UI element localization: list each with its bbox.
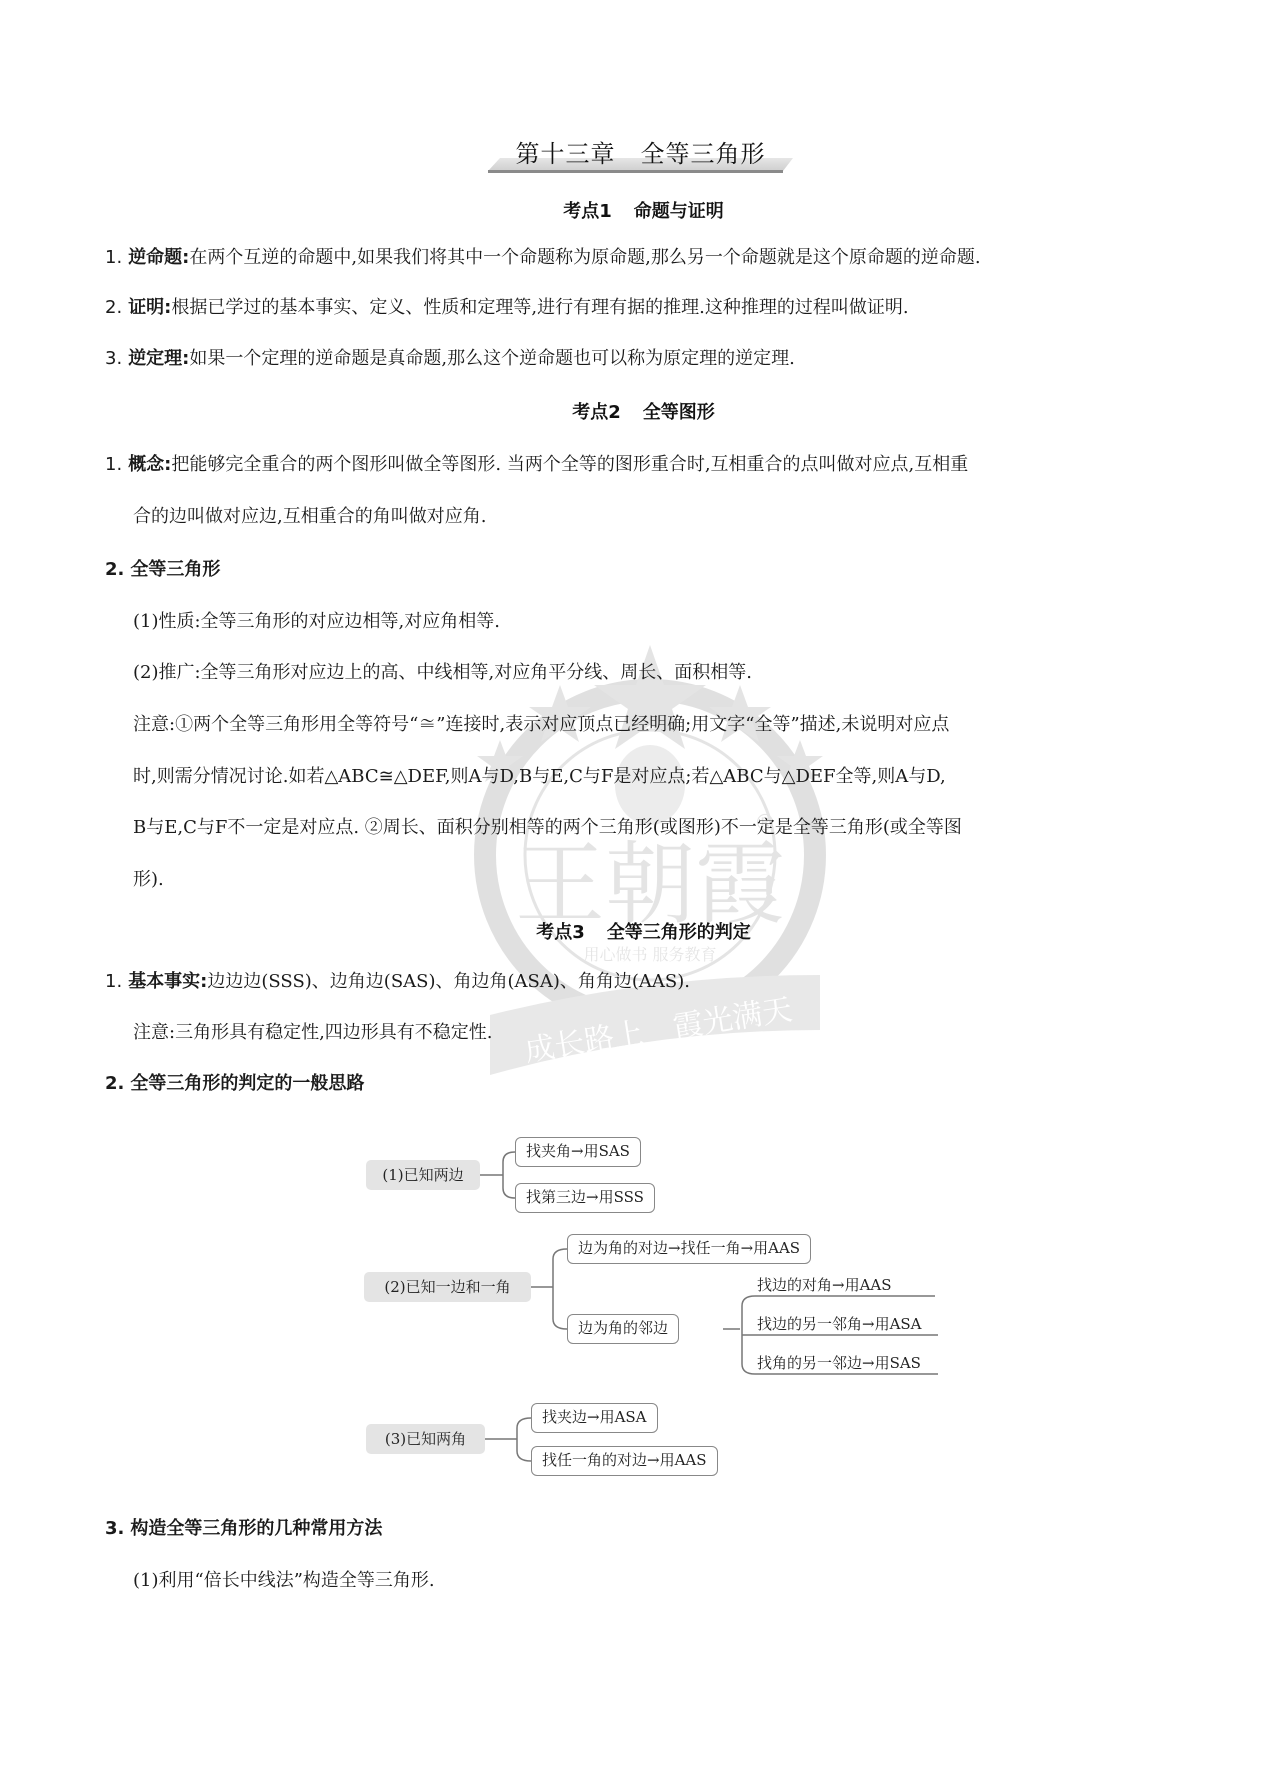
- node-side-opposite-angle-aas: 边为角的对边→找任一角→用AAS: [567, 1234, 811, 1264]
- chapter-title: 第十三章 全等三角形: [488, 134, 793, 169]
- median-doubling-method: (1)利用“倍长中线法”构造全等三角形.: [133, 1566, 435, 1592]
- node-find-opposite-angle-aas: 找边的对角→用AAS: [757, 1274, 892, 1295]
- node-find-included-side-asa: 找夹边→用ASA: [531, 1403, 658, 1433]
- node-side-adjacent-angle: 边为角的邻边: [567, 1314, 679, 1344]
- node-find-included-angle-sas: 找夹角→用SAS: [515, 1137, 641, 1167]
- node-one-side-one-angle-known: (2)已知一边和一角: [364, 1272, 531, 1302]
- construct-methods-heading: 3.构造全等三角形的几种常用方法: [105, 1514, 382, 1540]
- node-find-other-adjacent-angle-asa: 找边的另一邻角→用ASA: [757, 1313, 922, 1334]
- node-find-other-adjacent-side-sas: 找角的另一邻边→用SAS: [757, 1352, 921, 1373]
- node-two-sides-known: (1)已知两边: [366, 1160, 480, 1190]
- chapter-title-banner: 第十三章 全等三角形: [488, 130, 793, 174]
- node-find-opposite-side-aas: 找任一角的对边→用AAS: [531, 1446, 718, 1476]
- document-page: 王朝霞 ® 用心做书 服务教育 成长路上 霞光满天 第十三章 全等三角形 考点1…: [0, 0, 1287, 1789]
- node-find-third-side-sss: 找第三边→用SSS: [515, 1183, 655, 1213]
- node-two-angles-known: (3)已知两角: [366, 1424, 485, 1454]
